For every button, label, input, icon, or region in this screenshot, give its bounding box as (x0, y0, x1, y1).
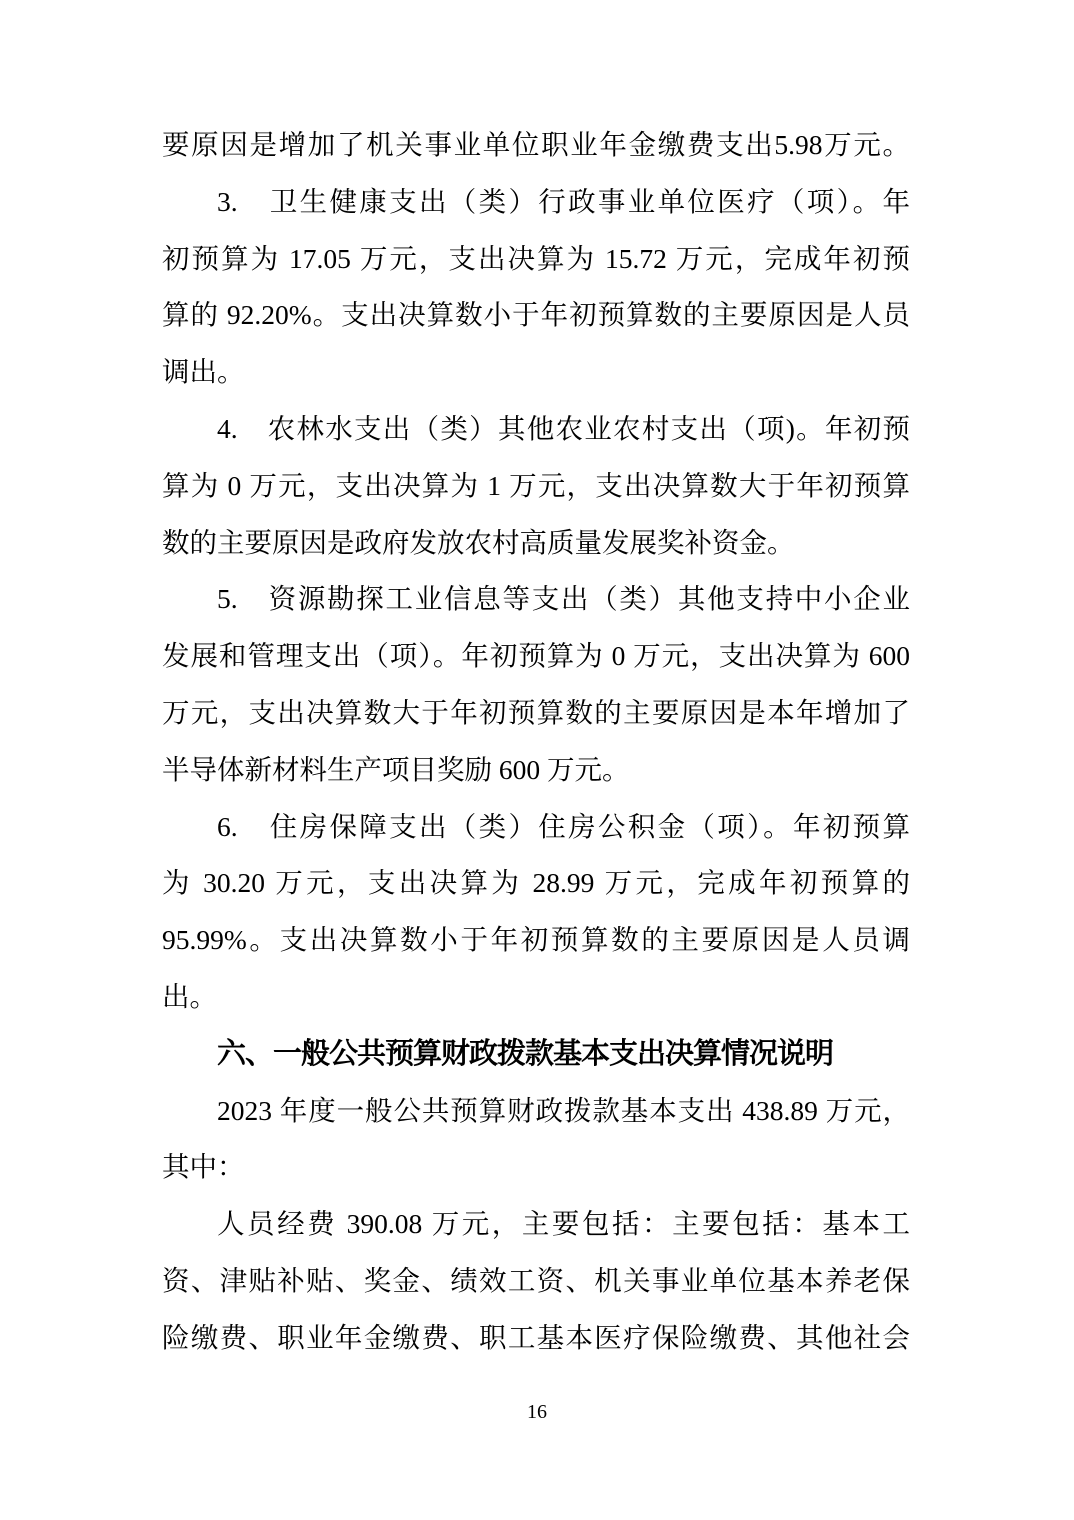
text-line: 算为 0 万元，支出决算为 1 万元，支出决算数大于年初预算 (162, 458, 910, 515)
text-line: 2023 年度一般公共预算财政拨款基本支出 438.89 万元， (162, 1083, 910, 1140)
text-line: 5. 资源勘探工业信息等支出（类）其他支持中小企业 (162, 571, 910, 628)
text-line: 要原因是增加了机关事业单位职业年金缴费支出5.98万元。 (162, 117, 910, 174)
text-line: 半导体新材料生产项目奖励 600 万元。 (162, 742, 910, 799)
page-number: 16 (0, 1401, 1074, 1424)
text-line: 人员经费 390.08 万元，主要包括：主要包括：基本工 (162, 1196, 910, 1253)
text-line: 算的 92.20%。支出决算数小于年初预算数的主要原因是人员 (162, 287, 910, 344)
text-lines: 要原因是增加了机关事业单位职业年金缴费支出5.98万元。3. 卫生健康支出（类）… (162, 117, 910, 1367)
text-line: 数的主要原因是政府发放农村高质量发展奖补资金。 (162, 515, 910, 572)
text-line: 资、津贴补贴、奖金、绩效工资、机关事业单位基本养老保 (162, 1253, 910, 1310)
text-line: 3. 卫生健康支出（类）行政事业单位医疗（项）。年 (162, 174, 910, 231)
text-line: 其中： (162, 1139, 910, 1196)
text-line: 险缴费、职业年金缴费、职工基本医疗保险缴费、其他社会 (162, 1310, 910, 1367)
text-line: 初预算为 17.05 万元，支出决算为 15.72 万元，完成年初预 (162, 231, 910, 288)
section-heading: 六、一般公共预算财政拨款基本支出决算情况说明 (162, 1026, 910, 1083)
document-page: 要原因是增加了机关事业单位职业年金缴费支出5.98万元。3. 卫生健康支出（类）… (0, 0, 1074, 1520)
text-line: 6. 住房保障支出（类）住房公积金（项）。年初预算 (162, 799, 910, 856)
text-line: 万元，支出决算数大于年初预算数的主要原因是本年增加了 (162, 685, 910, 742)
text-line: 调出。 (162, 344, 910, 401)
text-line: 为 30.20 万元，支出决算为 28.99 万元，完成年初预算的 (162, 855, 910, 912)
text-line: 95.99%。支出决算数小于年初预算数的主要原因是人员调 (162, 912, 910, 969)
text-line: 出。 (162, 969, 910, 1026)
text-line: 发展和管理支出（项）。年初预算为 0 万元，支出决算为 600 (162, 628, 910, 685)
text-line: 4. 农林水支出（类）其他农业农村支出（项)。年初预 (162, 401, 910, 458)
